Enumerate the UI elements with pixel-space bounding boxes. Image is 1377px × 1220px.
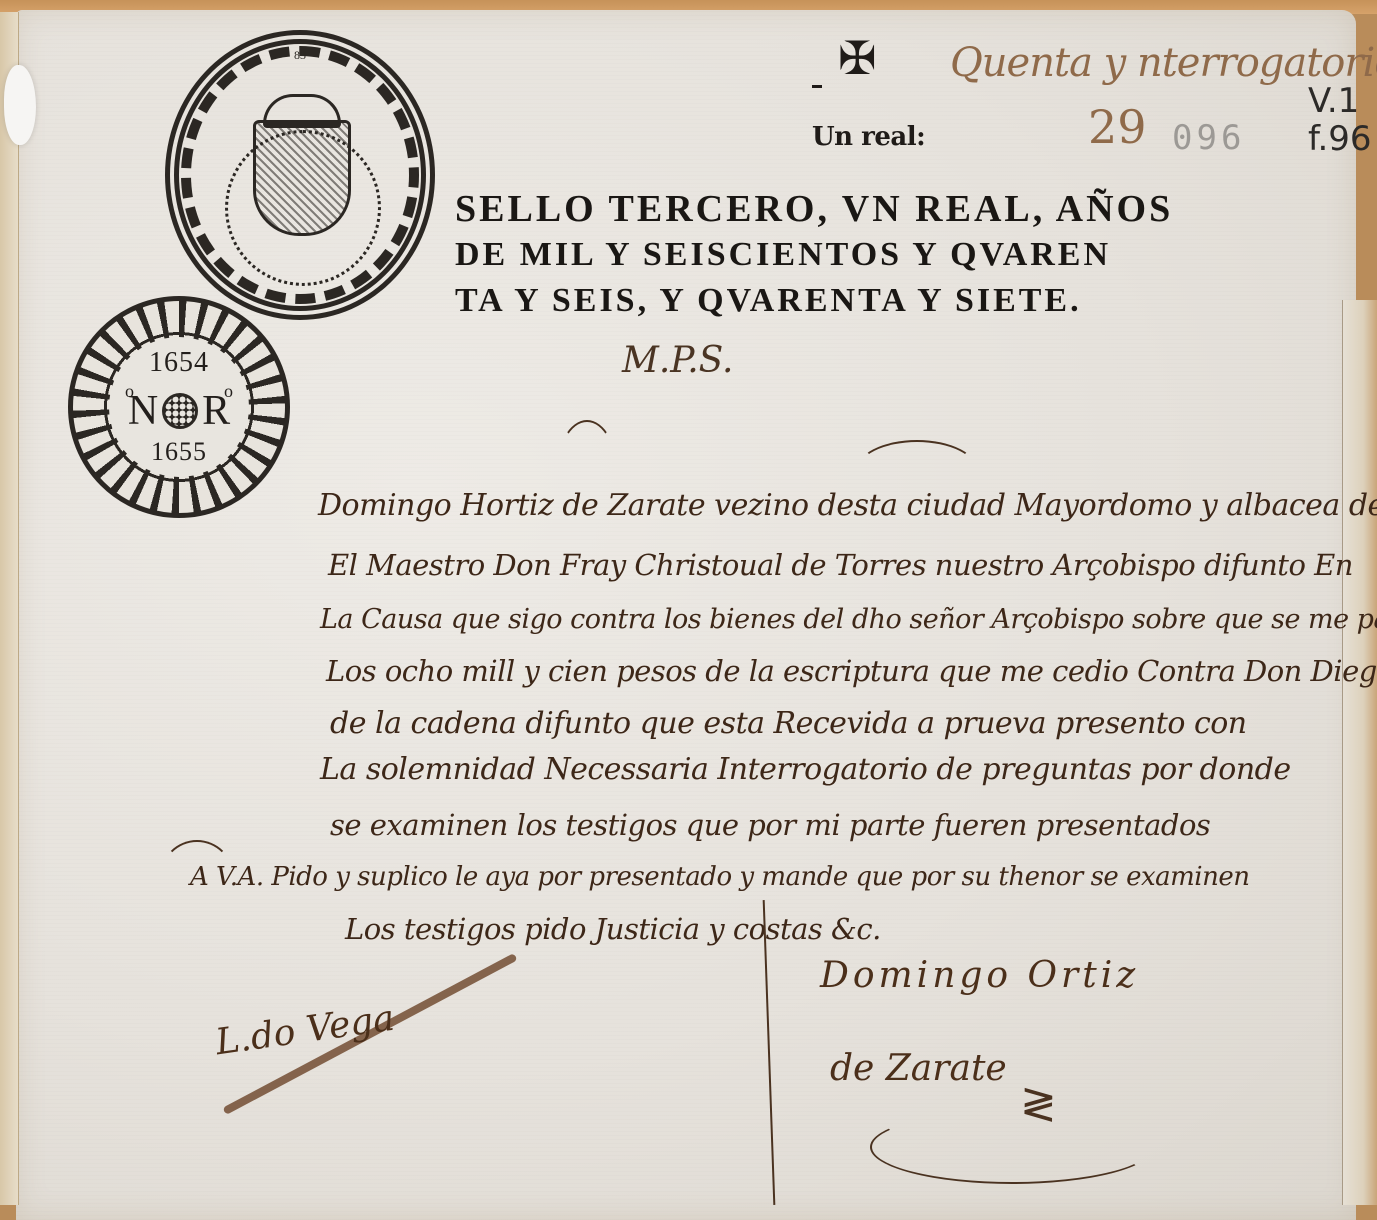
cross-icon: ✠	[838, 36, 877, 82]
flourish	[555, 420, 619, 534]
binding-strip	[0, 12, 19, 1205]
left-letter: N	[128, 387, 158, 435]
year-seal-center: 1654 o o N R 1655	[109, 337, 249, 477]
year-bottom: 1655	[109, 437, 249, 467]
flourish	[160, 840, 234, 914]
manuscript-line: La solemnidad Necessaria Interrogatorio …	[320, 752, 1291, 787]
year-top: 1654	[109, 347, 249, 379]
manuscript-line: Los testigos pido Justicia y costas &c.	[345, 912, 881, 946]
signature-right-line1: Domingo Ortiz	[820, 955, 1139, 996]
printed-line: TA Y SEIS, Y QVARENTA Y SIETE.	[455, 278, 1173, 324]
royal-arms-seal: 83	[165, 30, 435, 320]
archival-title: Quenta y nterrogatorio	[950, 40, 1377, 86]
shield-icon	[253, 120, 351, 236]
seal-number: 83	[165, 48, 435, 63]
printed-stamp-text: SELLO TERCERO, VN REAL, AÑOS DE MIL Y SE…	[455, 186, 1173, 324]
paper-tear	[4, 65, 36, 145]
printed-line: DE MIL Y SEISCIENTOS Y QVAREN	[455, 232, 1173, 278]
archival-item-number: 29	[1088, 100, 1147, 154]
signature-right-line2: de Zarate	[830, 1048, 1007, 1089]
manuscript-line: de la cadena difunto que esta Recevida a…	[330, 706, 1247, 741]
flourish	[855, 440, 979, 504]
archival-volume-folio: V.1 f.96	[1308, 82, 1372, 158]
pomegranate-icon	[162, 393, 198, 429]
rubric-flourish	[870, 1110, 1154, 1184]
manuscript-line: se examinen los testigos que por mi part…	[330, 808, 1210, 842]
manuscript-line: La Causa que sigo contra los bienes del …	[320, 604, 1377, 635]
print-mark	[812, 85, 822, 88]
archival-stamp-number: 096	[1172, 118, 1245, 158]
year-seal: 1654 o o N R 1655	[68, 296, 290, 518]
archival-volume: V.1	[1308, 82, 1372, 120]
notary-initials: M.P.S.	[622, 340, 734, 381]
folded-page-edge	[1342, 300, 1377, 1205]
manuscript-line: El Maestro Don Fray Christoual de Torres…	[328, 548, 1353, 582]
manuscript-line: A V.A. Pido y suplico le aya por present…	[190, 862, 1249, 892]
archival-folio: f.96	[1308, 120, 1372, 158]
manuscript-line: Los ocho mill y cien pesos de la escript…	[326, 654, 1377, 688]
manuscript-line: Domingo Hortiz de Zarate vezino desta ci…	[318, 488, 1377, 523]
printed-line: SELLO TERCERO, VN REAL, AÑOS	[455, 186, 1173, 232]
stamp-value: Un real:	[812, 122, 925, 152]
seal-letters: N R	[109, 387, 249, 435]
right-letter: R	[202, 387, 230, 435]
